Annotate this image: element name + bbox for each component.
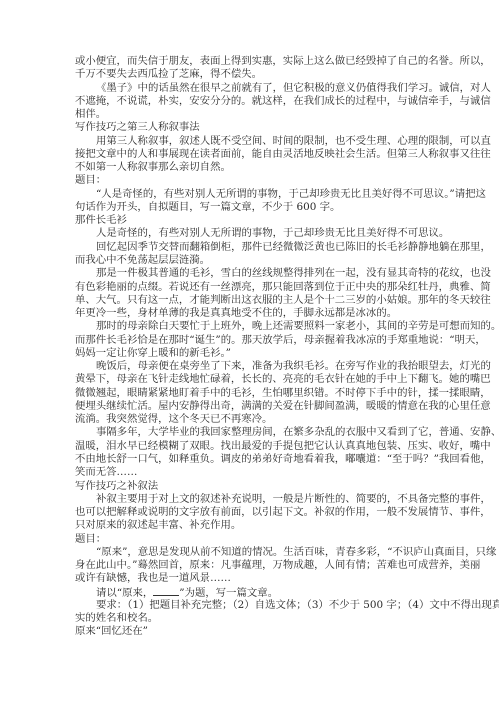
text-line: 《墨子》中的话虽然在很早之前就有了，但它积极的意义仍值得我们学习。诚信，对人 xyxy=(75,82,426,95)
section-heading: 原来“回忆还在” xyxy=(75,625,426,638)
text-line: 便埋头继续忙活。屋内安静得出奇，满满的关爱在针脚间盈满，暖暖的情意在我的心里任意 xyxy=(75,400,426,413)
text-line: 事隔多年，大学毕业的我回家整理房间，在繁多杂乱的衣服中又看到了它，普通、安静、 xyxy=(75,426,426,439)
section-heading: 写作技巧之第三人称叙事法 xyxy=(75,121,426,134)
section-heading: 题目： xyxy=(75,174,426,187)
text-line: 或许有缺憾，我也是一道风景…… xyxy=(75,572,426,585)
text-line: 流淌。我突然觉得，这个冬天已不再寒冷。 xyxy=(75,413,426,426)
text-line: 温暖，泪水早已经模糊了双眼。找出最爱的手提包把它认认真真地包装、压实、收好，嘴中 xyxy=(75,440,426,453)
essay-prompt-line: 请以“原来，”为题，写一篇文章。 xyxy=(75,586,426,599)
text-line: 句话作为开头，自拟题目，写一篇文章，不少于 600 字。 xyxy=(75,201,426,214)
prompt-before: 请以“原来， xyxy=(96,587,153,599)
text-line: 那时的母亲除白天要忙于上班外，晚上还需要照料一家老小，其间的辛劳是可想而知的。 xyxy=(75,320,426,333)
text-line: 而我心中不免荡起层层涟漪。 xyxy=(75,254,426,267)
text-line: 单、大气。只有这一点，才能判断出这衣服的主人是个十二三岁的小姑娘。那年的冬天较往 xyxy=(75,294,426,307)
text-line: 黄晕下，母亲在飞针走线地忙碌着，长长的、亮亮的毛衣针在她的手中上下翻飞。她的嘴巴 xyxy=(75,373,426,386)
text-line: 补叙主要用于对上文的叙述补充说明，一般是片断性的、简要的，不具备完整的事件， xyxy=(75,493,426,506)
text-line: 接把文章中的人和事展现在读者面前，能自由灵活地反映社会生活。但第三人称叙事又往往 xyxy=(75,148,426,161)
text-line: 实的姓名和校名。 xyxy=(75,612,426,625)
text-line: 人是奇怪的，有些对别人无所谓的事物，于己却珍贵无比且美好得不可思议。 xyxy=(75,227,426,240)
section-heading: 题目： xyxy=(75,533,426,546)
text-line: 用第三人称叙事，叙述人既不受空间、时间的限制，也不受生理、心理的限制，可以直 xyxy=(75,135,426,148)
text-line: “原来”，意思是发现从前不知道的情况。生活百味，青春多彩，“不识庐山真面目，只缘 xyxy=(75,546,426,559)
text-line: 相伴。 xyxy=(75,108,426,121)
text-line: 而那件长毛衫恰是在那时“诞生”的。那天放学后，母亲握着我冰凉的手郑重地说：“明天… xyxy=(75,334,426,347)
text-line: 年更冷一些，身材单薄的我是真真地受不住的，手脚永远都是冰冰的。 xyxy=(75,307,426,320)
text-line: 或小便宜，而失信于朋友，表面上得到实惠，实际上这么做已经毁掉了自己的名誉。所以， xyxy=(75,55,426,68)
text-line: 微微翘起，眼睛紧紧地盯着手中的毛衫，生怕哪里织错。不时停下手中的针，揉一揉眼睛， xyxy=(75,387,426,400)
text-line: 不如第一人称叙事那么亲切自然。 xyxy=(75,161,426,174)
document-body: 或小便宜，而失信于朋友，表面上得到实惠，实际上这么做已经毁掉了自己的名誉。所以，… xyxy=(75,55,426,639)
text-line: 不由地长舒一口气，如释重负。调皮的弟弟好奇地看着我，嘟囔道：“至于吗？”我回看他… xyxy=(75,453,426,466)
section-heading: 写作技巧之补叙法 xyxy=(75,480,426,493)
text-line: 有色彩艳丽的点缀。若说还有一丝漂亮，那只能回落到位于正中央的那朵红牡丹，典雅、简 xyxy=(75,281,426,294)
text-line: 要求：（1）把题目补充完整；（2）自选文体；（3）不少于 500 字；（4）文中… xyxy=(75,599,426,612)
text-line: 不遮掩，不说谎，朴实，安安分分的。就这样，在我们成长的过程中，与诚信牵手，与诚信 xyxy=(75,95,426,108)
text-line: 笑而无答…… xyxy=(75,466,426,479)
text-line: 只对原来的叙述起丰富、补充作用。 xyxy=(75,519,426,532)
text-line: 千万不要失去西瓜捡了芝麻，得不偿失。 xyxy=(75,68,426,81)
text-line: 那是一件极其普通的毛衫，雪白的丝线规整得排列在一起，没有显其奇特的花纹，也没 xyxy=(75,267,426,280)
text-line: 妈妈一定让你穿上暖和的新毛衫。” xyxy=(75,347,426,360)
paragraph-block-tail: 要求：（1）把题目补充完整；（2）自选文体；（3）不少于 500 字；（4）文中… xyxy=(75,599,426,639)
text-line: 晚饭后，母亲便在桌旁坐了下来，准备为我织毛衫。在旁写作业的我抬眼望去，灯光的 xyxy=(75,360,426,373)
paragraph-block-main: 或小便宜，而失信于朋友，表面上得到实惠，实际上这么做已经毁掉了自己的名誉。所以，… xyxy=(75,55,426,586)
text-line: 身在此山中。”蓦然回首，原来：凡事蕴理，万物成趣，人间有情；苦难也可成营养，美丽 xyxy=(75,559,426,572)
document-page: 或小便宜，而失信于朋友，表面上得到实惠，实际上这么做已经毁掉了自己的名誉。所以，… xyxy=(0,0,499,706)
text-line: 也可以把解释或说明的文字放有前面，以引起下文。补叙的作用，一般不发展情节、事件， xyxy=(75,506,426,519)
text-line: “人是奇怪的，有些对别人无所谓的事物，于己却珍贵无比且美好得不可思议。”请把这 xyxy=(75,188,426,201)
section-heading: 那件长毛衫 xyxy=(75,214,426,227)
fill-in-blank xyxy=(153,586,179,596)
text-line: 回忆起因季节交替而翻箱倒柜，那件已经微微泛黄也已陈旧的长毛衫静静地躺在那里， xyxy=(75,241,426,254)
prompt-after: ”为题，写一篇文章。 xyxy=(179,587,278,599)
